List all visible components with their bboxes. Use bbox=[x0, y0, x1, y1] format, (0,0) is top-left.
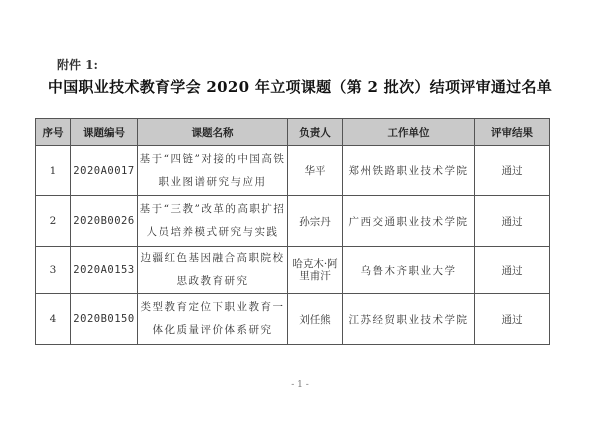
header-code: 课题编号 bbox=[71, 119, 138, 146]
document-title: 中国职业技术教育学会 2020 年立项课题（第 2 批次）结项评审通过名单 bbox=[0, 76, 600, 97]
table-row: 3 2020A0153 边疆红色基因融合高职院校思政教育研究 哈克木·阿里甫汗 … bbox=[36, 247, 550, 294]
header-name: 课题名称 bbox=[138, 119, 288, 146]
cell-no: 3 bbox=[36, 247, 71, 294]
cell-name: 类型教育定位下职业教育一体化质量评价体系研究 bbox=[138, 294, 288, 345]
cell-unit: 郑州铁路职业技术学院 bbox=[343, 146, 475, 196]
cell-person: 孙宗丹 bbox=[288, 196, 343, 247]
cell-name: 边疆红色基因融合高职院校思政教育研究 bbox=[138, 247, 288, 294]
cell-code: 2020B0150 bbox=[71, 294, 138, 345]
cell-name: 基于“四链”对接的中国高铁职业图谱研究与应用 bbox=[138, 146, 288, 196]
table-row: 2 2020B0026 基于“三教”改革的高职扩招人员培养模式研究与实践 孙宗丹… bbox=[36, 196, 550, 247]
cell-no: 1 bbox=[36, 146, 71, 196]
cell-result: 通过 bbox=[475, 247, 550, 294]
table-row: 1 2020A0017 基于“四链”对接的中国高铁职业图谱研究与应用 华平 郑州… bbox=[36, 146, 550, 196]
cell-result: 通过 bbox=[475, 146, 550, 196]
page-number: - 1 - bbox=[0, 380, 600, 390]
cell-code: 2020A0153 bbox=[71, 247, 138, 294]
table-header-row: 序号 课题编号 课题名称 负责人 工作单位 评审结果 bbox=[36, 119, 550, 146]
cell-unit: 广西交通职业技术学院 bbox=[343, 196, 475, 247]
header-person: 负责人 bbox=[288, 119, 343, 146]
table-row: 4 2020B0150 类型教育定位下职业教育一体化质量评价体系研究 刘任熊 江… bbox=[36, 294, 550, 345]
cell-person: 刘任熊 bbox=[288, 294, 343, 345]
cell-no: 4 bbox=[36, 294, 71, 345]
header-unit: 工作单位 bbox=[343, 119, 475, 146]
attachment-label: 附件 1: bbox=[57, 56, 98, 73]
cell-code: 2020A0017 bbox=[71, 146, 138, 196]
results-table: 序号 课题编号 课题名称 负责人 工作单位 评审结果 1 2020A0017 基… bbox=[35, 118, 550, 345]
cell-person: 哈克木·阿里甫汗 bbox=[288, 247, 343, 294]
cell-result: 通过 bbox=[475, 196, 550, 247]
cell-no: 2 bbox=[36, 196, 71, 247]
cell-result: 通过 bbox=[475, 294, 550, 345]
cell-person: 华平 bbox=[288, 146, 343, 196]
cell-unit: 江苏经贸职业技术学院 bbox=[343, 294, 475, 345]
header-no: 序号 bbox=[36, 119, 71, 146]
header-result: 评审结果 bbox=[475, 119, 550, 146]
cell-name: 基于“三教”改革的高职扩招人员培养模式研究与实践 bbox=[138, 196, 288, 247]
cell-code: 2020B0026 bbox=[71, 196, 138, 247]
cell-unit: 乌鲁木齐职业大学 bbox=[343, 247, 475, 294]
